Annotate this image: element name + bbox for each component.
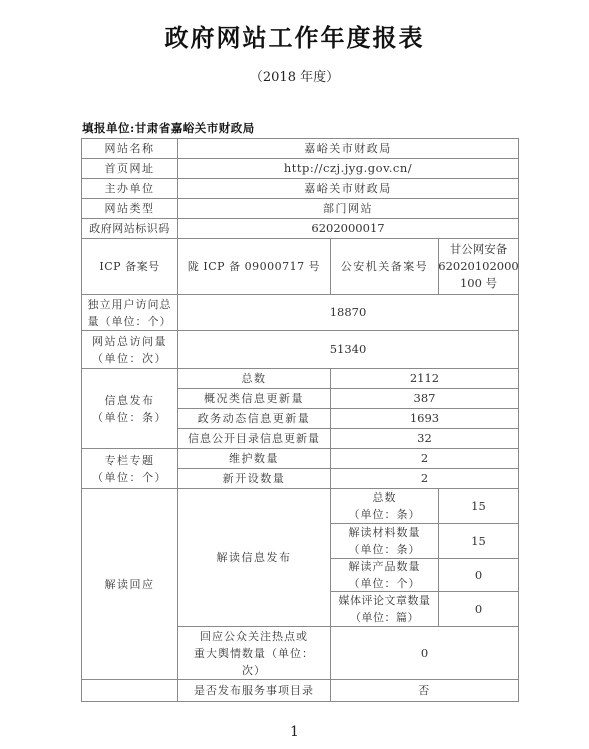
unique-visitors-label: 独立用户访问总 量（单位：个）	[81, 294, 178, 331]
special-column-row-label: 新开设数量	[177, 468, 331, 489]
interpretation-row-value: 0	[438, 558, 519, 592]
homepage-url-label: 首页网址	[81, 158, 178, 179]
service-catalog-label: 是否发布服务事项目录	[177, 679, 331, 702]
info-publish-row-label: 信息公开目录信息更新量	[177, 428, 331, 449]
site-name-label: 网站名称	[81, 138, 178, 159]
interpretation-row-label: 媒体评论文章数量 （单位：篇）	[330, 591, 439, 627]
interpretation-label: 解读回应	[81, 488, 178, 680]
interpretation-row-value: 15	[438, 523, 519, 559]
report-table: 网站名称 嘉峪关市财政局 首页网址 http://czj.jyg.gov.cn/…	[0, 0, 589, 749]
sponsor-value: 嘉峪关市财政局	[177, 178, 519, 199]
service-catalog-value: 否	[330, 679, 519, 702]
homepage-url-value: http://czj.jyg.gov.cn/	[177, 158, 519, 179]
special-column-label: 专栏专题 （单位：个）	[81, 448, 178, 489]
police-record-value: 甘公网安备 62020102000 100 号	[438, 238, 519, 295]
site-id-code-label: 政府网站标识码	[81, 218, 178, 239]
interpretation-row-value: 15	[438, 488, 519, 524]
public-response-value: 0	[330, 626, 519, 680]
info-publish-row-label: 概况类信息更新量	[177, 388, 331, 409]
interpretation-row-label: 解读产品数量 （单位：个）	[330, 558, 439, 592]
police-record-label: 公安机关备案号	[330, 238, 439, 295]
icp-label: ICP 备案号	[81, 238, 178, 295]
total-visits-label: 网站总访问量 （单位：次）	[81, 330, 178, 369]
page-number: 1	[0, 724, 589, 740]
site-type-value: 部门网站	[177, 198, 519, 219]
info-publish-row-value: 2112	[330, 368, 519, 389]
info-publish-row-value: 387	[330, 388, 519, 409]
info-publish-row-value: 32	[330, 428, 519, 449]
special-column-row-value: 2	[330, 468, 519, 489]
site-name-value: 嘉峪关市财政局	[177, 138, 519, 159]
info-publish-row-label: 总数	[177, 368, 331, 389]
total-visits-value: 51340	[177, 330, 519, 369]
sponsor-label: 主办单位	[81, 178, 178, 199]
interpretation-row-label: 总数 （单位：条）	[330, 488, 439, 524]
unique-visitors-value: 18870	[177, 294, 519, 331]
site-type-label: 网站类型	[81, 198, 178, 219]
interpretation-row-value: 0	[438, 591, 519, 627]
service-catalog-blank	[81, 679, 178, 702]
interpretation-sub-label: 解读信息发布	[177, 488, 331, 627]
public-response-label: 回应公众关注热点或 重大舆情数量（单位： 次）	[177, 626, 331, 680]
info-publish-row-value: 1693	[330, 408, 519, 429]
special-column-row-value: 2	[330, 448, 519, 469]
icp-value: 陇 ICP 备 09000717 号	[177, 238, 331, 295]
site-id-code-value: 6202000017	[177, 218, 519, 239]
special-column-row-label: 维护数量	[177, 448, 331, 469]
interpretation-row-label: 解读材料数量 （单位：条）	[330, 523, 439, 559]
info-publish-row-label: 政务动态信息更新量	[177, 408, 331, 429]
info-publish-label: 信息发布 （单位：条）	[81, 368, 178, 449]
